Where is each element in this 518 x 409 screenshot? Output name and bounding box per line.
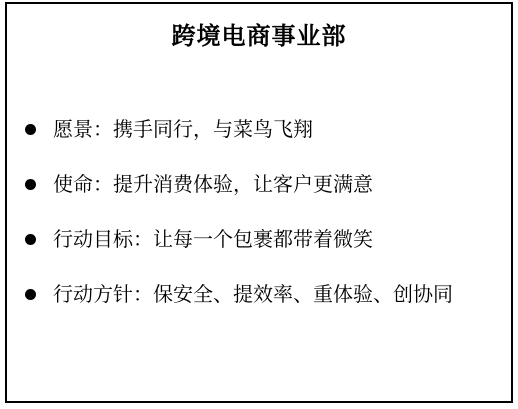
bullet-item-vision: 愿景：携手同行，与菜鸟飞翔: [7, 117, 511, 143]
bullet-item-action-policy: 行动方针：保安全、提效率、重体验、创协同: [7, 282, 511, 308]
bullet-icon: [25, 289, 36, 300]
bullet-text: 行动目标：让每一个包裹都带着微笑: [53, 227, 373, 253]
bullet-text: 使命：提升消费体验，让客户更满意: [53, 172, 373, 198]
bullet-text: 行动方针：保安全、提效率、重体验、创协同: [53, 282, 453, 308]
slide-frame: 跨境电商事业部 愿景：携手同行，与菜鸟飞翔 使命：提升消费体验，让客户更满意 行…: [5, 2, 513, 403]
bullet-item-mission: 使命：提升消费体验，让客户更满意: [7, 172, 511, 198]
bullet-list: 愿景：携手同行，与菜鸟飞翔 使命：提升消费体验，让客户更满意 行动目标：让每一个…: [7, 117, 511, 308]
bullet-icon: [25, 234, 36, 245]
bullet-item-action-goal: 行动目标：让每一个包裹都带着微笑: [7, 227, 511, 253]
bullet-icon: [25, 179, 36, 190]
bullet-icon: [25, 124, 36, 135]
bullet-text: 愿景：携手同行，与菜鸟飞翔: [53, 117, 313, 143]
slide-title: 跨境电商事业部: [7, 23, 511, 52]
